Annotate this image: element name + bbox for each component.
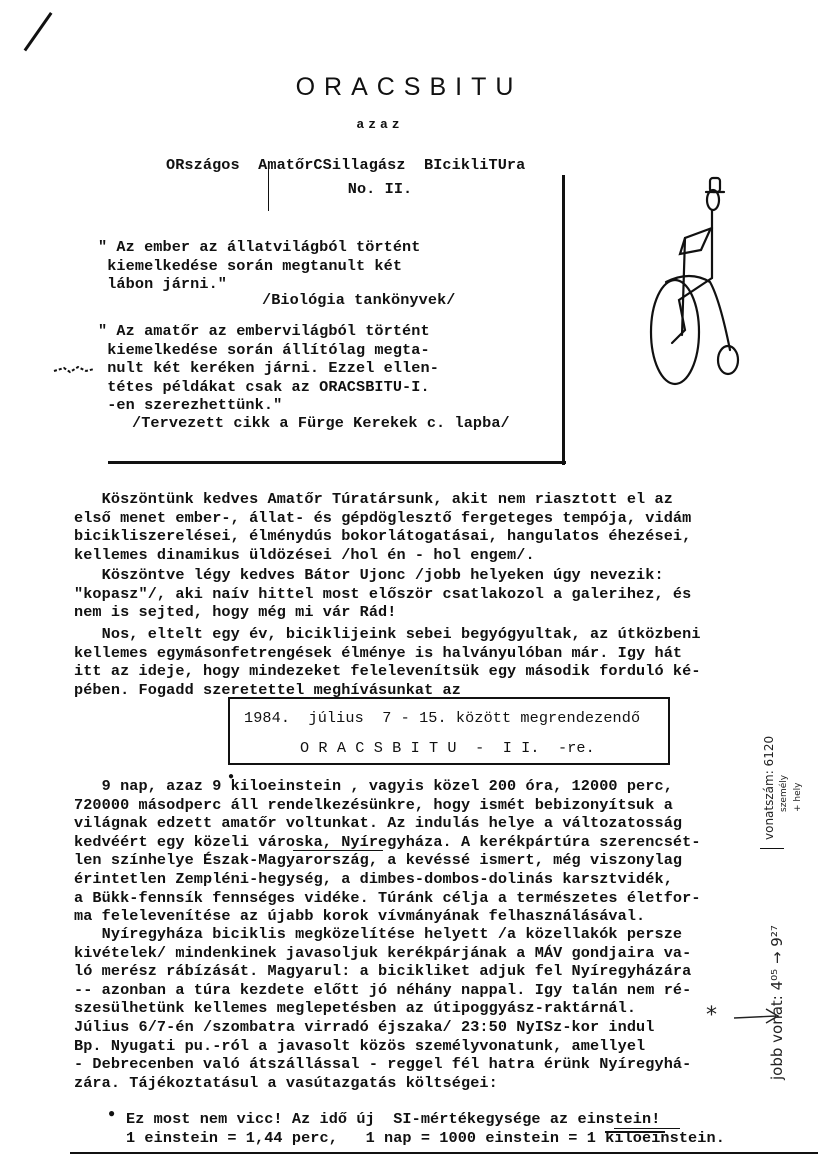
underline-einstein <box>614 1128 680 1129</box>
footnote-bullet-icon: ● <box>108 1107 115 1121</box>
handnote-better-train: jobb vonat: 4⁰⁵ → 9²⁷ <box>768 925 786 1080</box>
text-line: Köszöntve légy kedves Bátor Ujonc /jobb … <box>74 566 691 585</box>
text-line: nem is sejted, hogy még mi vár Rád! <box>74 603 691 622</box>
quote-line: -en szerezhettünk." <box>98 396 439 415</box>
text-line: világnak edzett amatőr voltunkat. Az ind… <box>74 814 701 833</box>
text-line: - Debrecenben való átszállással - reggel… <box>74 1055 691 1074</box>
handnote-train-number: vonatszám: 6120 <box>762 736 776 840</box>
text-line: Nyíregyháza biciklis megközelítése helye… <box>74 925 691 944</box>
text-line: kivételek/ mindenkinek javasoljuk kerékp… <box>74 944 691 963</box>
text-line: érintetlen Zempléni-hegység, a dimbes-do… <box>74 870 701 889</box>
paragraph-travel: Nyíregyháza biciklis megközelítése helye… <box>74 925 691 1092</box>
paragraph-tour-details: 9 nap, azaz 9 kiloeinstein , vagyis köze… <box>74 777 701 926</box>
text-line: 720000 másodperc áll rendelkezésünkre, h… <box>74 796 701 815</box>
text-line: szesülhetünk kellemes meglepetésben az ú… <box>74 999 691 1018</box>
text-line: kellemes egymásonfetrengések élménye is … <box>74 644 701 663</box>
event-box: 1984. július 7 - 15. között megrendezend… <box>228 697 670 765</box>
text-line: első menet ember-, állat- és gépdögleszt… <box>74 509 691 528</box>
quote-line: " Az amatőr az embervilágból történt <box>98 322 439 341</box>
text-line: Július 6/7-én /szombatra virradó éjszaka… <box>74 1018 691 1037</box>
paragraph-invitation: Nos, eltelt egy év, biciklijeink sebei b… <box>74 625 701 699</box>
event-date: 1984. július 7 - 15. között megrendezend… <box>244 709 640 728</box>
scribble-arrow-icon <box>52 362 96 378</box>
text-line: itt az ideje, hogy mindezeket felelevení… <box>74 662 701 681</box>
footnote-marker-icon: ● <box>228 772 234 783</box>
text-line: bicikliszerelései, élménydús bokorlátoga… <box>74 527 691 546</box>
handnote-place: + hely <box>793 783 803 812</box>
page-bottom-edge <box>70 1152 818 1154</box>
box-right-border <box>562 175 565 465</box>
underline-nyiregyhaza <box>293 850 383 851</box>
text-line: kellemes dinamikus üldözései /hol én - h… <box>74 546 691 565</box>
quote-line: " Az ember az állatvilágból történt <box>98 238 421 257</box>
quote-2-source: /Tervezett cikk a Fürge Kerekek c. lapba… <box>132 414 510 433</box>
document-subtitle: azaz <box>0 117 760 132</box>
text-line: "kopasz"/, aki naív hittel most először … <box>74 585 691 604</box>
bicycle-rider-drawing <box>600 170 740 390</box>
pencil-line <box>760 848 784 849</box>
document-title: ORACSBITU <box>0 73 818 102</box>
pencil-line <box>268 163 269 211</box>
paragraph-greeting: Köszöntünk kedves Amatőr Túratársunk, ak… <box>74 490 691 564</box>
acronym-expansion: ORszágos AmatőrCSillagász BIcikliTUra <box>166 156 525 175</box>
quote-line: kiemelkedése során állítólag megta- <box>98 341 439 360</box>
quote-2: " Az amatőr az embervilágból történt kie… <box>98 322 439 415</box>
text-line: -- azonban a túra kezdete előtt jó néhán… <box>74 981 691 1000</box>
quote-line: kiemelkedése során megtanult két <box>98 257 421 276</box>
paragraph-welcome-newcomer: Köszöntve légy kedves Bátor Ujonc /jobb … <box>74 566 691 622</box>
text-line: zára. Tájékoztatásul a vasútazgatás költ… <box>74 1074 691 1093</box>
quote-line: nult két keréken járni. Ezzel ellen- <box>98 359 439 378</box>
text-line: a Bükk-fennsík fennséges vidéke. Túránk … <box>74 889 701 908</box>
overline-kiloeinstein <box>605 1131 665 1133</box>
event-name: O R A C S B I T U - I I. -re. <box>300 739 595 758</box>
text-line: 9 nap, azaz 9 kiloeinstein , vagyis köze… <box>74 777 701 796</box>
text-line: ma felelevenítése az újabb korok vívmány… <box>74 907 701 926</box>
text-line: Köszöntünk kedves Amatőr Túratársunk, ak… <box>74 490 691 509</box>
text-line: kedvéért egy közeli városka, Nyíregyháza… <box>74 833 701 852</box>
text-line: Bp. Nyugati pu.-ról a javasolt közös sze… <box>74 1037 691 1056</box>
pen-slash-mark <box>24 12 53 51</box>
box-bottom-border <box>108 461 566 464</box>
quote-line: tétes példákat csak az ORACSBITU-I. <box>98 378 439 397</box>
text-line: len színhelye Észak-Magyarország, a kevé… <box>74 851 701 870</box>
quote-1: " Az ember az állatvilágból történt kiem… <box>98 238 421 294</box>
handnote-personal: személy <box>779 775 789 812</box>
footnote-line: Ez most nem vicc! Az idő új SI-mértékegy… <box>126 1110 725 1129</box>
text-line: ló merész rábízását. Magyarul: a bicikli… <box>74 962 691 981</box>
text-line: Nos, eltelt egy év, biciklijeink sebei b… <box>74 625 701 644</box>
quote-1-source: /Biológia tankönyvek/ <box>262 291 456 310</box>
asterisk-mark-icon: * <box>706 1003 717 1028</box>
